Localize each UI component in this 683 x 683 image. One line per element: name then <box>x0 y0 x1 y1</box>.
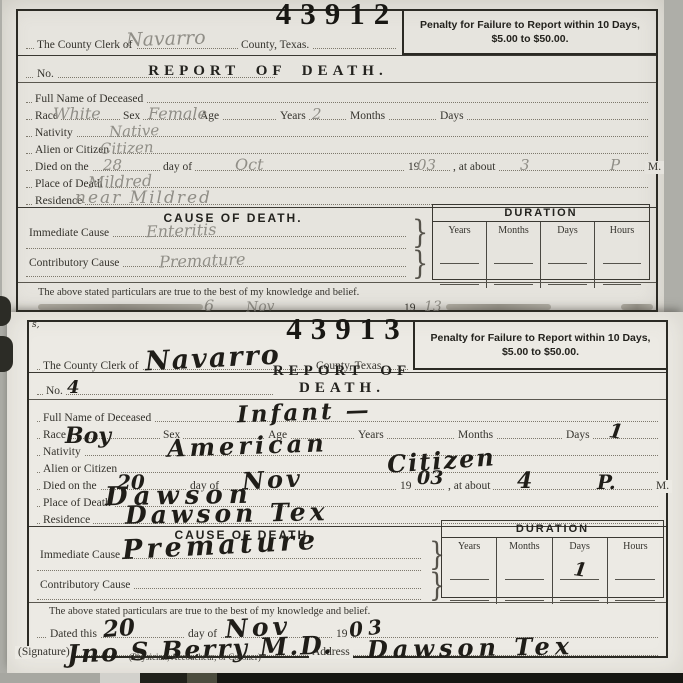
duration-cell <box>487 246 541 267</box>
duration-cell <box>497 562 552 583</box>
penalty-notice: Penalty for Failure to Report within 10 … <box>402 11 656 55</box>
death-report-form-43913: 43913 Penalty for Failure to Report with… <box>27 320 668 658</box>
immediate-cause-label: Immediate Cause <box>26 227 112 240</box>
race-sex-age-row: Race Sex Age Years Months Days White Fem… <box>26 103 648 120</box>
report-of-death-title: REPORT OF DEATH. <box>138 63 398 80</box>
signature-label: (Signature) <box>15 646 73 659</box>
contributory-cause-row: Contributory Cause Premature <box>26 250 406 267</box>
no-label: No. <box>43 385 66 398</box>
duration-col-years: Years <box>442 538 497 562</box>
duration-header: DURATION <box>442 521 663 538</box>
duration-col-hours: Hours <box>595 222 649 246</box>
immediate-cause-line2 <box>26 241 406 249</box>
contributory-cause-row: Contributory Cause <box>37 572 421 589</box>
divider <box>29 602 666 603</box>
scan-edge-blob <box>0 296 11 326</box>
duration-col-months: Months <box>487 222 541 246</box>
duration-cell <box>433 246 487 267</box>
divider <box>18 55 656 56</box>
no-title-row: No. 4 REPORT OF DEATH. <box>37 376 658 395</box>
attestation-text: The above stated particulars are true to… <box>38 287 359 298</box>
duration-cell <box>442 583 497 604</box>
contributory-cause-value: Premature <box>159 251 246 270</box>
residence-row: Residence near Mildred <box>26 188 648 205</box>
duration-col-hours: Hours <box>608 538 663 562</box>
sheet-43912: 43912 Penalty for Failure to Report with… <box>2 0 664 316</box>
duration-col-days: Days <box>541 222 595 246</box>
duration-col-months: Months <box>497 538 552 562</box>
duration-cell: 1 <box>553 562 608 583</box>
no-label: No. <box>34 68 57 81</box>
scan-bottom-strip <box>140 673 187 683</box>
duration-cell <box>595 246 649 267</box>
attestation-text: The above stated particulars are true to… <box>49 606 370 617</box>
duration-table: DURATION Years Months Days Hours 1 <box>441 520 664 598</box>
scan-edge-blob <box>0 336 13 372</box>
immediate-cause-line2 <box>37 563 421 571</box>
residence-value: near Mildred <box>75 190 212 207</box>
place-of-death-row: Place of Death Mildred <box>26 171 648 188</box>
contributory-cause-line2 <box>37 592 421 600</box>
duration-col-years: Years <box>433 222 487 246</box>
duration-cell <box>487 267 541 288</box>
duration-header: DURATION <box>433 205 649 222</box>
divider <box>18 282 656 283</box>
full-name-row: Full Name of Deceased Infant — <box>37 404 658 422</box>
duration-table: DURATION Years Months Days Hours <box>432 204 650 280</box>
duration-cell <box>442 562 497 583</box>
physician-note: (Physician, Accoucheur, or Coroner) <box>129 652 261 662</box>
nativity-row: Nativity American <box>37 439 658 456</box>
died-year-value: 03 <box>417 469 443 488</box>
death-report-form-43912: 43912 Penalty for Failure to Report with… <box>16 9 658 312</box>
residence-value: Dawson Tex <box>125 499 329 528</box>
report-of-death-title: REPORT OF DEATH. <box>227 363 457 397</box>
county-name-value: Navarro <box>126 29 206 51</box>
immediate-cause-value: Enteritis <box>146 222 217 240</box>
no-value: 4 <box>67 379 80 397</box>
duration-cell <box>541 246 595 267</box>
sheet-43913: s, 43913 Penalty for Failure to Report w… <box>7 312 683 673</box>
duration-cell <box>608 562 663 583</box>
full-name-row: Full Name of Deceased <box>26 87 648 103</box>
duration-cell <box>608 583 663 604</box>
no-title-row: No. REPORT OF DEATH. <box>26 59 648 78</box>
immediate-cause-row: Immediate Cause Enteritis <box>26 220 406 237</box>
contributory-cause-label: Contributory Cause <box>37 579 133 592</box>
scan-bottom-strip <box>0 673 100 683</box>
immediate-cause-label: Immediate Cause <box>37 549 123 562</box>
scan-bottom-strip <box>187 673 217 683</box>
race-sex-age-row: Race Sex Age Years Months Days Boy 1 <box>37 422 658 439</box>
address-value: Dawson Tex <box>367 634 574 662</box>
duration-cell <box>595 267 649 288</box>
county-clerk-label: The County Clerk of <box>34 39 136 52</box>
scan-bottom-strip <box>217 673 683 683</box>
scan-bottom-strip <box>100 673 140 683</box>
died-hour-value: 4 <box>517 470 532 492</box>
died-ampm-value: P. <box>597 472 616 492</box>
immediate-cause-row: Immediate Cause Premature <box>37 542 421 559</box>
contributory-cause-line2 <box>26 269 406 277</box>
county-clerk-row: The County Clerk of County, Texas. Navar… <box>26 23 396 49</box>
duration-cell <box>497 583 552 604</box>
brace-glyph: } <box>412 247 428 279</box>
nativity-row: Nativity Native <box>26 120 648 137</box>
died-on-row: Died on the day of 19 , at about M. 28 O… <box>26 154 648 171</box>
alien-citizen-row: Alien or Citizen Citizen <box>26 137 648 154</box>
divider <box>18 82 656 83</box>
duration-cell <box>553 583 608 604</box>
duration-cell <box>433 267 487 288</box>
scanned-death-records-page: 43912 Penalty for Failure to Report with… <box>0 0 683 683</box>
duration-cell <box>541 267 595 288</box>
county-texas-label: County, Texas. <box>238 39 312 52</box>
